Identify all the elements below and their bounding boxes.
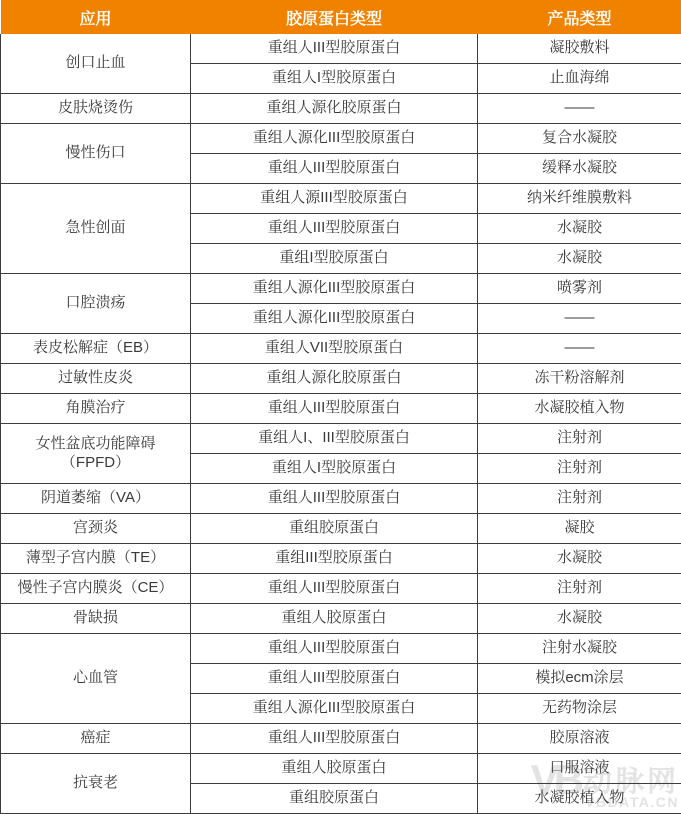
collagen-type-cell: 重组人胶原蛋白 — [191, 604, 478, 634]
collagen-type-cell: 重组人III型胶原蛋白 — [191, 664, 478, 694]
collagen-type-cell: 重组人源化III型胶原蛋白 — [191, 304, 478, 334]
collagen-applications-table: 应用 胶原蛋白类型 产品类型 创口止血重组人III型胶原蛋白凝胶敷料重组人I型胶… — [0, 0, 681, 814]
product-type-cell: —— — [478, 94, 681, 124]
product-type-cell: 水凝胶植入物 — [478, 784, 681, 814]
application-cell: 口腔溃疡 — [1, 274, 191, 334]
application-cell: 骨缺损 — [1, 604, 191, 634]
table-row: 薄型子宫内膜（TE）重组III型胶原蛋白水凝胶 — [1, 544, 681, 574]
collagen-type-cell: 重组人III型胶原蛋白 — [191, 154, 478, 184]
table-row: 过敏性皮炎重组人源化胶原蛋白冻干粉溶解剂 — [1, 364, 681, 394]
application-cell: 抗衰老 — [1, 754, 191, 814]
collagen-type-cell: 重组人III型胶原蛋白 — [191, 634, 478, 664]
application-cell: 薄型子宫内膜（TE） — [1, 544, 191, 574]
product-type-cell: 口服溶液 — [478, 754, 681, 784]
collagen-type-cell: 重组人源化III型胶原蛋白 — [191, 274, 478, 304]
application-cell: 创口止血 — [1, 34, 191, 94]
table-row: 口腔溃疡重组人源化III型胶原蛋白喷雾剂 — [1, 274, 681, 304]
product-type-cell: 水凝胶 — [478, 604, 681, 634]
header-row: 应用 胶原蛋白类型 产品类型 — [1, 0, 681, 34]
application-cell: 宫颈炎 — [1, 514, 191, 544]
product-type-cell: 注射剂 — [478, 574, 681, 604]
collagen-type-cell: 重组人源化III型胶原蛋白 — [191, 124, 478, 154]
table-row: 皮肤烧烫伤重组人源化胶原蛋白—— — [1, 94, 681, 124]
application-cell: 过敏性皮炎 — [1, 364, 191, 394]
product-type-cell: 注射剂 — [478, 454, 681, 484]
product-type-cell: 模拟ecm涂层 — [478, 664, 681, 694]
product-type-cell: 复合水凝胶 — [478, 124, 681, 154]
collagen-type-cell: 重组人III型胶原蛋白 — [191, 214, 478, 244]
collagen-type-cell: 重组人I、III型胶原蛋白 — [191, 424, 478, 454]
application-cell: 阴道萎缩（VA） — [1, 484, 191, 514]
collagen-type-cell: 重组I型胶原蛋白 — [191, 244, 478, 274]
collagen-type-cell: 重组III型胶原蛋白 — [191, 544, 478, 574]
table-row: 抗衰老重组人胶原蛋白口服溶液 — [1, 754, 681, 784]
application-cell: 女性盆底功能障碍（FPFD） — [1, 424, 191, 484]
table-header: 应用 胶原蛋白类型 产品类型 — [1, 0, 681, 34]
collagen-type-cell: 重组人胶原蛋白 — [191, 754, 478, 784]
collagen-type-cell: 重组人III型胶原蛋白 — [191, 724, 478, 754]
product-type-cell: 水凝胶 — [478, 544, 681, 574]
product-type-cell: 纳米纤维膜敷料 — [478, 184, 681, 214]
table-row: 心血管重组人III型胶原蛋白注射水凝胶 — [1, 634, 681, 664]
product-type-cell: 无药物涂层 — [478, 694, 681, 724]
collagen-type-cell: 重组人III型胶原蛋白 — [191, 34, 478, 64]
product-type-cell: —— — [478, 334, 681, 364]
product-type-cell: 凝胶 — [478, 514, 681, 544]
table-row: 创口止血重组人III型胶原蛋白凝胶敷料 — [1, 34, 681, 64]
table-row: 慢性子宫内膜炎（CE）重组人III型胶原蛋白注射剂 — [1, 574, 681, 604]
application-cell: 慢性子宫内膜炎（CE） — [1, 574, 191, 604]
table-body: 创口止血重组人III型胶原蛋白凝胶敷料重组人I型胶原蛋白止血海绵皮肤烧烫伤重组人… — [1, 34, 681, 814]
application-cell: 心血管 — [1, 634, 191, 724]
table-row: 慢性伤口重组人源化III型胶原蛋白复合水凝胶 — [1, 124, 681, 154]
collagen-type-cell: 重组人源III型胶原蛋白 — [191, 184, 478, 214]
collagen-type-cell: 重组人III型胶原蛋白 — [191, 484, 478, 514]
collagen-type-cell: 重组胶原蛋白 — [191, 514, 478, 544]
table-figure: VB 动脉网 VBDATA.CN 应用 胶原蛋白类型 产品类型 创口止血重组人I… — [0, 0, 681, 814]
collagen-type-cell: 重组人源化胶原蛋白 — [191, 94, 478, 124]
application-cell: 急性创面 — [1, 184, 191, 274]
product-type-cell: 凝胶敷料 — [478, 34, 681, 64]
collagen-type-cell: 重组人I型胶原蛋白 — [191, 454, 478, 484]
product-type-cell: 水凝胶植入物 — [478, 394, 681, 424]
collagen-type-cell: 重组人源化III型胶原蛋白 — [191, 694, 478, 724]
application-cell: 癌症 — [1, 724, 191, 754]
product-type-cell: —— — [478, 304, 681, 334]
product-type-cell: 冻干粉溶解剂 — [478, 364, 681, 394]
product-type-cell: 喷雾剂 — [478, 274, 681, 304]
application-cell: 角膜治疗 — [1, 394, 191, 424]
collagen-type-cell: 重组人VII型胶原蛋白 — [191, 334, 478, 364]
product-type-cell: 缓释水凝胶 — [478, 154, 681, 184]
product-type-cell: 水凝胶 — [478, 214, 681, 244]
table-row: 骨缺损重组人胶原蛋白水凝胶 — [1, 604, 681, 634]
table-row: 急性创面重组人源III型胶原蛋白纳米纤维膜敷料 — [1, 184, 681, 214]
application-cell: 皮肤烧烫伤 — [1, 94, 191, 124]
collagen-type-cell: 重组人III型胶原蛋白 — [191, 574, 478, 604]
collagen-type-cell: 重组人I型胶原蛋白 — [191, 64, 478, 94]
product-type-cell: 注射剂 — [478, 424, 681, 454]
header-product-type: 产品类型 — [478, 0, 681, 34]
table-row: 癌症重组人III型胶原蛋白胶原溶液 — [1, 724, 681, 754]
collagen-type-cell: 重组人III型胶原蛋白 — [191, 394, 478, 424]
product-type-cell: 注射水凝胶 — [478, 634, 681, 664]
product-type-cell: 止血海绵 — [478, 64, 681, 94]
collagen-type-cell: 重组人源化胶原蛋白 — [191, 364, 478, 394]
collagen-type-cell: 重组胶原蛋白 — [191, 784, 478, 814]
product-type-cell: 水凝胶 — [478, 244, 681, 274]
product-type-cell: 注射剂 — [478, 484, 681, 514]
application-cell: 慢性伤口 — [1, 124, 191, 184]
table-row: 表皮松解症（EB）重组人VII型胶原蛋白—— — [1, 334, 681, 364]
product-type-cell: 胶原溶液 — [478, 724, 681, 754]
table-row: 宫颈炎重组胶原蛋白凝胶 — [1, 514, 681, 544]
header-application: 应用 — [1, 0, 191, 34]
header-collagen-type: 胶原蛋白类型 — [191, 0, 478, 34]
application-cell: 表皮松解症（EB） — [1, 334, 191, 364]
table-row: 角膜治疗重组人III型胶原蛋白水凝胶植入物 — [1, 394, 681, 424]
table-row: 阴道萎缩（VA）重组人III型胶原蛋白注射剂 — [1, 484, 681, 514]
table-row: 女性盆底功能障碍（FPFD）重组人I、III型胶原蛋白注射剂 — [1, 424, 681, 454]
